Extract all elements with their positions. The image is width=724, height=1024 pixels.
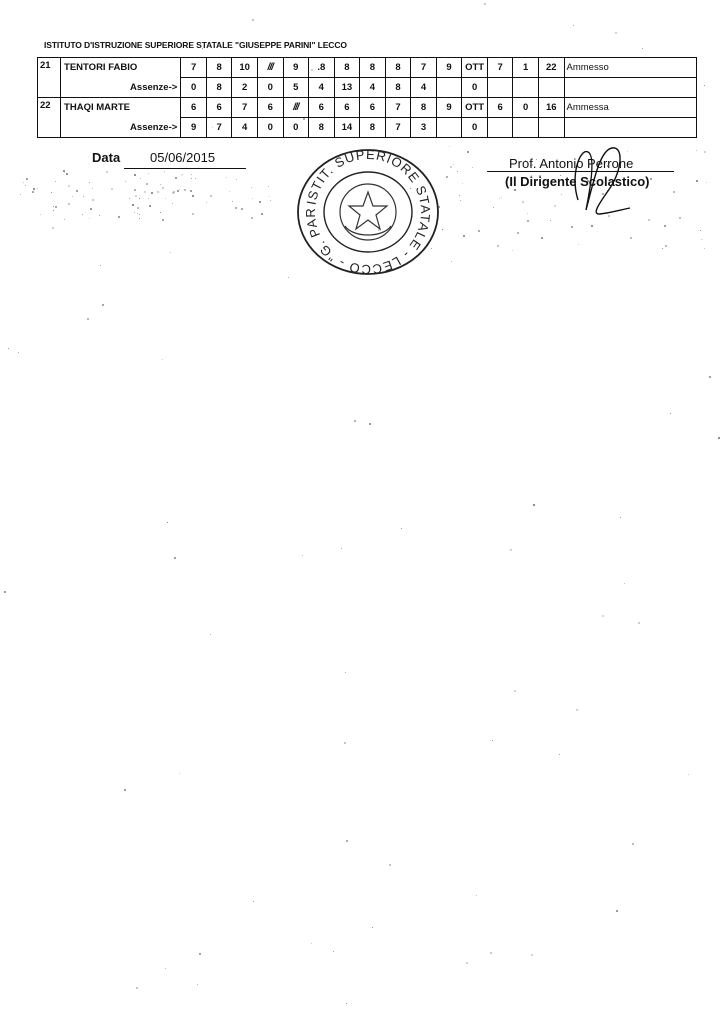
- grade-cell: 1: [513, 58, 539, 78]
- grade-cell: 9: [436, 58, 462, 78]
- absence-cell: 2: [232, 78, 258, 98]
- grade-cell: 9: [283, 58, 309, 78]
- absence-cell: 9: [181, 118, 207, 138]
- school-stamp: ISTIT. SUPERIORE STATALE - LECCO - "G. P…: [293, 146, 443, 278]
- absences-label: Assenze->: [61, 78, 181, 98]
- signature-scribble: [560, 140, 640, 220]
- absence-cell: [513, 118, 539, 138]
- grade-cell: OTT: [462, 58, 488, 78]
- grade-cell: 7: [385, 98, 411, 118]
- grade-cell: ///: [257, 58, 283, 78]
- student-grades-row: 22THAQI MARTE6676///666789OTT6016Ammessa: [38, 98, 697, 118]
- emblem-icon: [340, 184, 396, 240]
- absence-cell: 3: [411, 118, 437, 138]
- absence-cell: 0: [283, 118, 309, 138]
- grade-cell: ///: [283, 98, 309, 118]
- absence-cell: 14: [334, 118, 360, 138]
- grade-cell: .8: [309, 58, 335, 78]
- grade-cell: 8: [206, 58, 232, 78]
- grade-cell: 6: [181, 98, 207, 118]
- outcome-cell: Ammessa: [564, 98, 696, 118]
- student-absences-row: Assenze->974008148730: [38, 118, 697, 138]
- absence-cell: 0: [181, 78, 207, 98]
- absence-cell: [538, 118, 564, 138]
- grade-cell: 8: [411, 98, 437, 118]
- grade-cell: 7: [232, 98, 258, 118]
- absence-cell: [487, 78, 513, 98]
- institute-header: ISTITUTO D'ISTRUZIONE SUPERIORE STATALE …: [44, 40, 347, 50]
- grade-cell: 6: [360, 98, 386, 118]
- absence-cell: 4: [360, 78, 386, 98]
- grade-cell: 7: [411, 58, 437, 78]
- date-underline: [124, 168, 246, 169]
- student-grades-row: 21TENTORI FABIO7810///9.888879OTT7122Amm…: [38, 58, 697, 78]
- grade-cell: 7: [487, 58, 513, 78]
- absence-cell: 4: [309, 78, 335, 98]
- student-absences-row: Assenze->082054134840: [38, 78, 697, 98]
- absence-cell: 8: [309, 118, 335, 138]
- outcome-empty-cell: [564, 78, 696, 98]
- absence-cell: 0: [257, 78, 283, 98]
- grade-cell: 6: [206, 98, 232, 118]
- grade-cell: 22: [538, 58, 564, 78]
- absence-cell: 7: [385, 118, 411, 138]
- absence-cell: 8: [385, 78, 411, 98]
- grade-cell: 10: [232, 58, 258, 78]
- absence-cell: 5: [283, 78, 309, 98]
- outcome-cell: Ammesso: [564, 58, 696, 78]
- absence-cell: 0: [462, 118, 488, 138]
- grade-cell: 6: [257, 98, 283, 118]
- grade-cell: OTT: [462, 98, 488, 118]
- date-value: 05/06/2015: [150, 150, 215, 165]
- student-name: TENTORI FABIO: [61, 58, 181, 78]
- grade-cell: 7: [181, 58, 207, 78]
- student-number: 21: [38, 58, 61, 98]
- absence-cell: 4: [411, 78, 437, 98]
- grade-cell: 6: [487, 98, 513, 118]
- absence-cell: [436, 118, 462, 138]
- absence-cell: 8: [360, 118, 386, 138]
- absence-cell: 4: [232, 118, 258, 138]
- absence-cell: [487, 118, 513, 138]
- grade-cell: 8: [334, 58, 360, 78]
- absence-cell: 0: [257, 118, 283, 138]
- outcome-empty-cell: [564, 118, 696, 138]
- grade-cell: 8: [385, 58, 411, 78]
- student-number: 22: [38, 98, 61, 138]
- grade-cell: 8: [360, 58, 386, 78]
- absence-cell: 7: [206, 118, 232, 138]
- grade-cell: 0: [513, 98, 539, 118]
- absence-cell: [513, 78, 539, 98]
- grade-cell: 6: [334, 98, 360, 118]
- absences-label: Assenze->: [61, 118, 181, 138]
- absence-cell: 13: [334, 78, 360, 98]
- grade-cell: 9: [436, 98, 462, 118]
- absence-cell: 8: [206, 78, 232, 98]
- absence-cell: 0: [462, 78, 488, 98]
- grades-table: 21TENTORI FABIO7810///9.888879OTT7122Amm…: [37, 57, 697, 138]
- grade-cell: 16: [538, 98, 564, 118]
- absence-cell: [538, 78, 564, 98]
- grade-cell: 6: [309, 98, 335, 118]
- absence-cell: [436, 78, 462, 98]
- date-label: Data: [92, 150, 120, 165]
- student-name: THAQI MARTE: [61, 98, 181, 118]
